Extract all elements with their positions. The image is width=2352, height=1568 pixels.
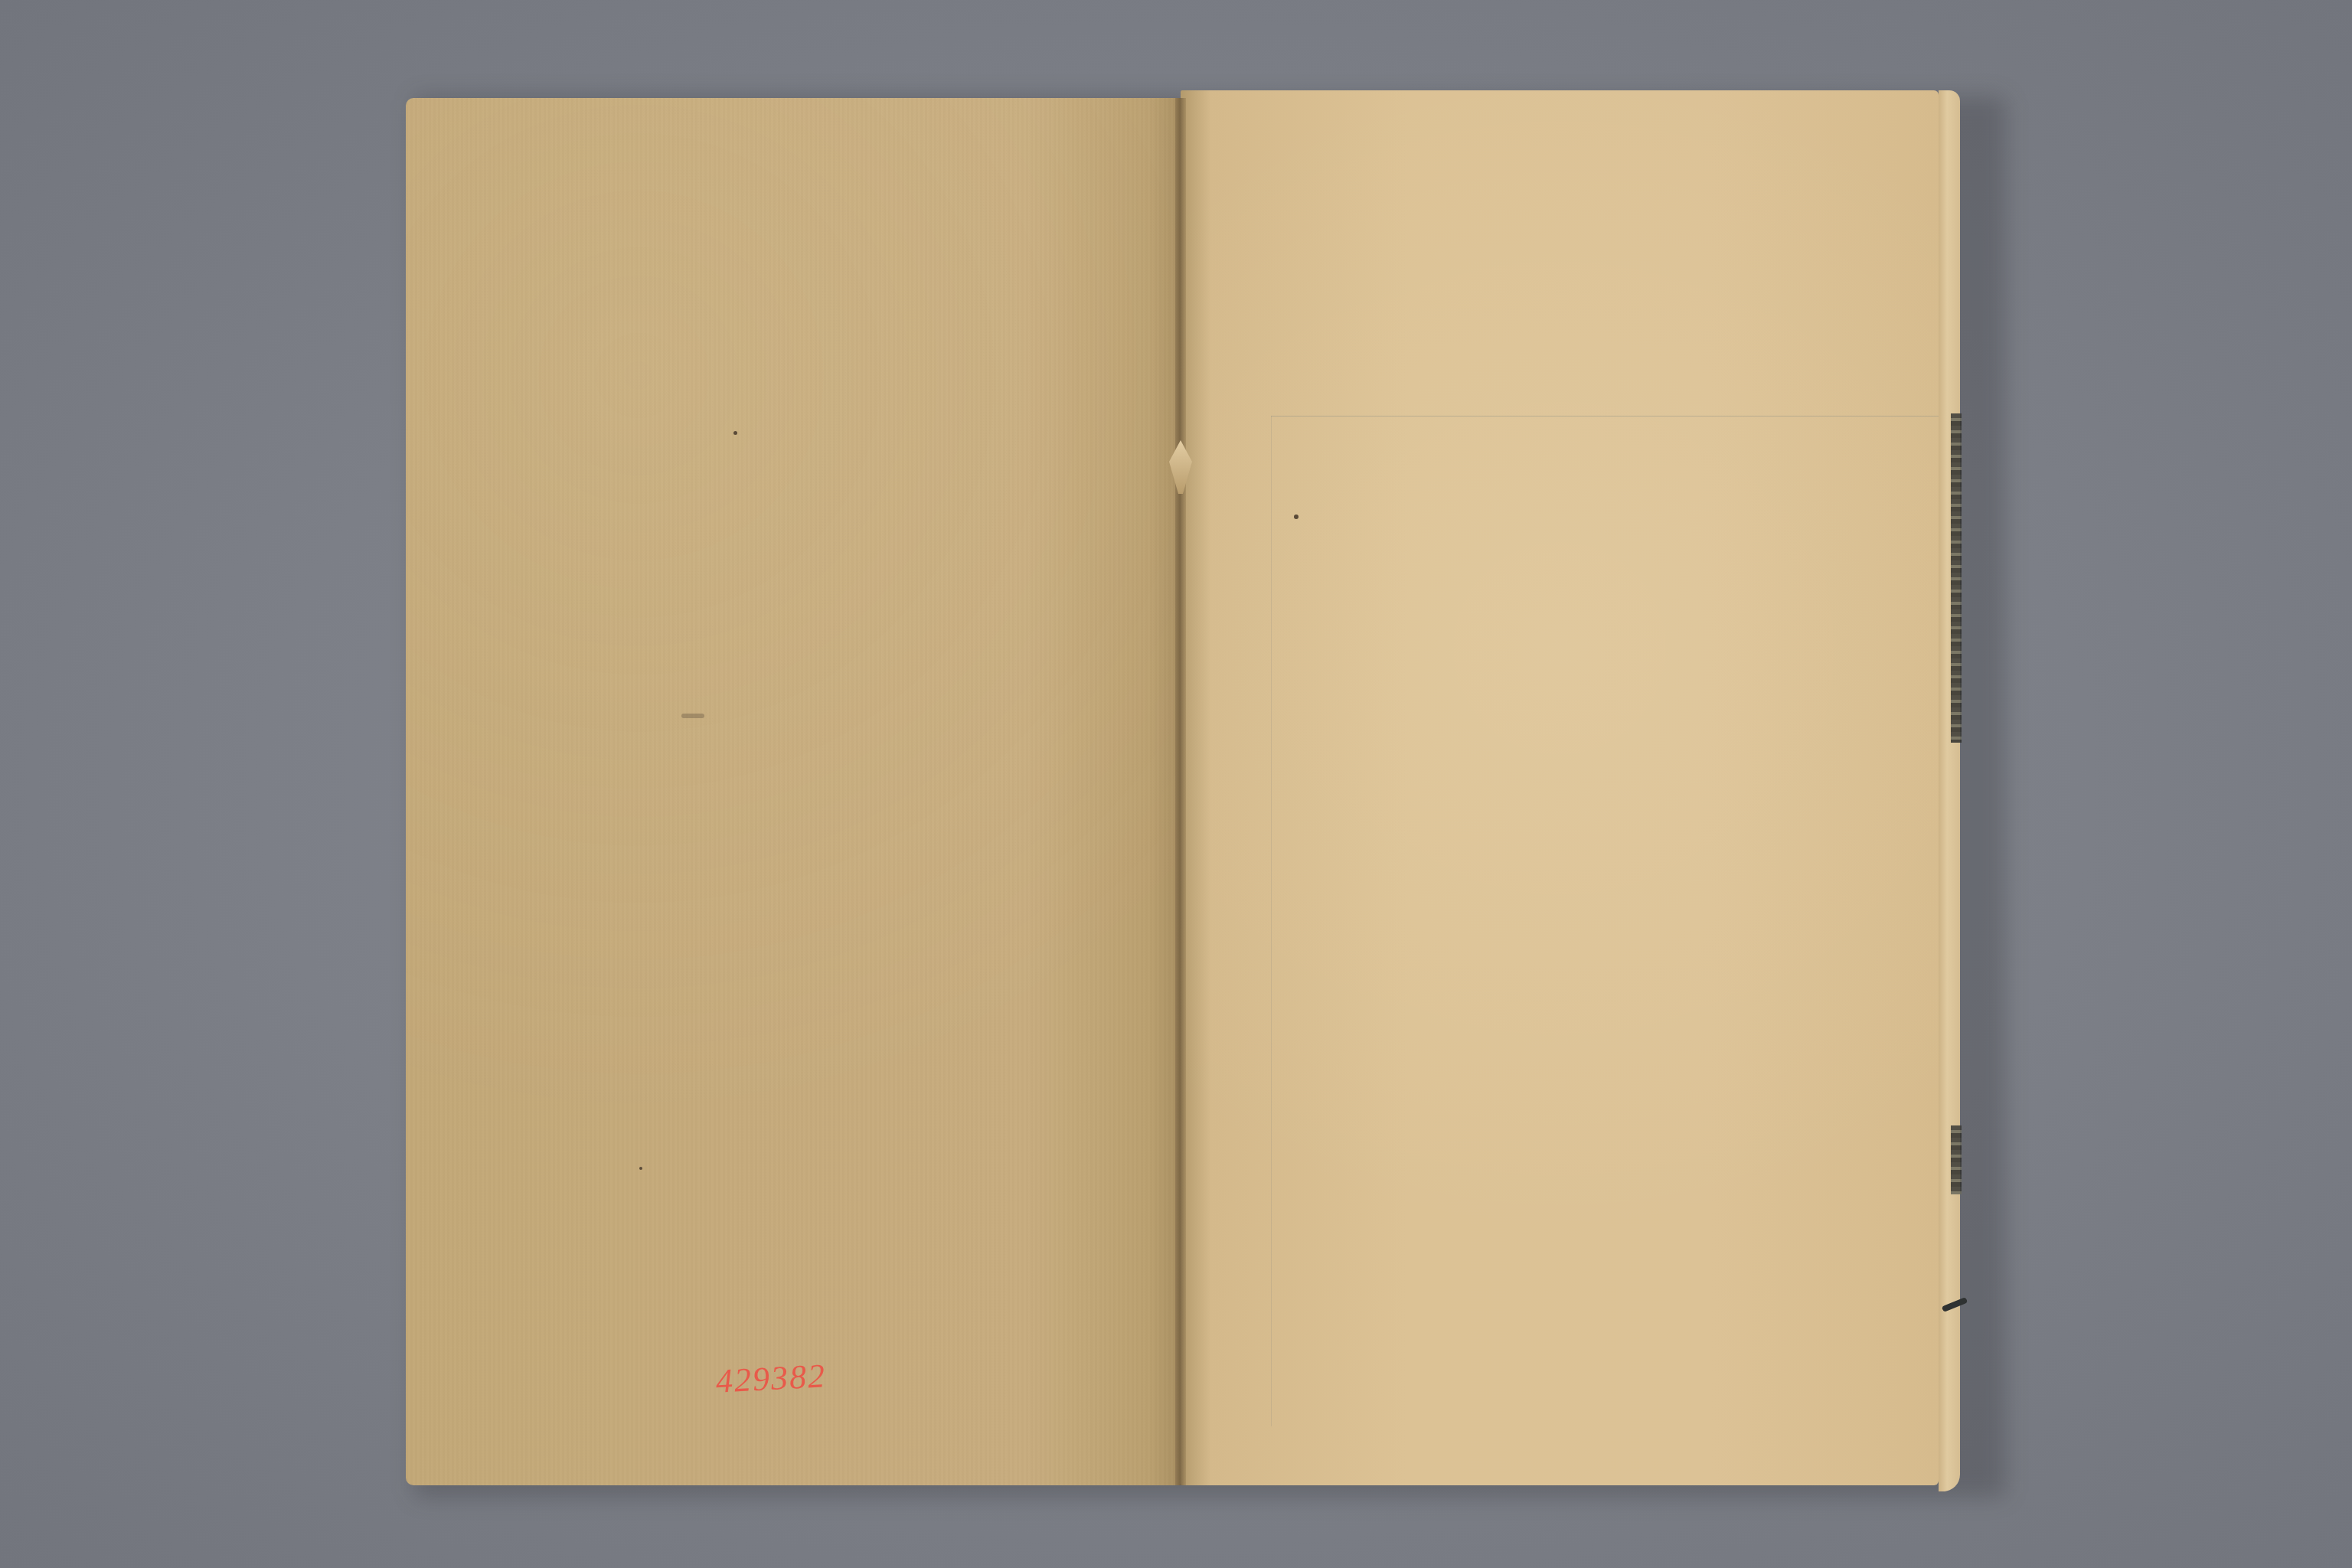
page-edges xyxy=(1939,90,1960,1491)
left-page xyxy=(406,98,1181,1485)
paper-spot xyxy=(1294,514,1298,519)
page-edge-ink-mark xyxy=(1951,1125,1962,1194)
book-gutter xyxy=(1175,98,1186,1485)
paper-spot xyxy=(733,431,737,435)
faint-frame-line-top xyxy=(1271,416,1945,416)
paper-spot xyxy=(639,1167,642,1170)
page-edge-ink-mark xyxy=(1951,413,1962,743)
paper-spot xyxy=(681,714,704,718)
handwritten-call-number: 429382 xyxy=(715,1356,827,1400)
faint-frame-line-left xyxy=(1271,416,1272,1426)
right-page xyxy=(1181,90,1939,1485)
